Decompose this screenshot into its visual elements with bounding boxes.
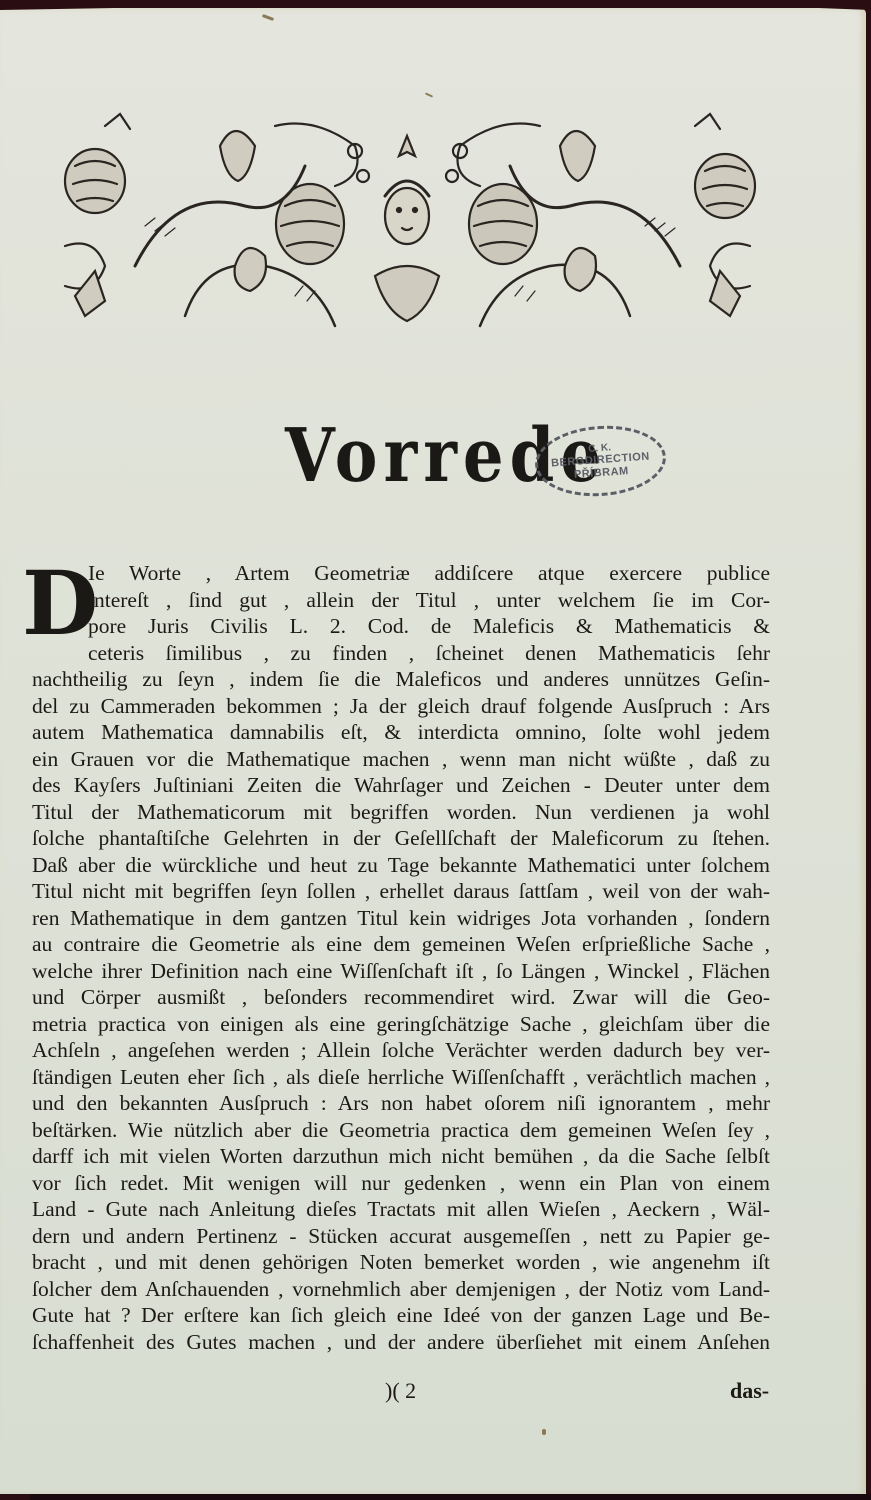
paper-speck — [262, 14, 274, 21]
text-line: ren Mathematique in dem gantzen Titul ke… — [32, 905, 770, 932]
text-line: beſtärken. Wie nützlich aber die Geometr… — [32, 1117, 770, 1144]
text-line: dern und andern Pertinenz - Stücken accu… — [32, 1223, 770, 1250]
page-bottom-edge-shadow — [30, 1494, 871, 1500]
text-line: ein Grauen vor die Mathematique machen ,… — [32, 746, 770, 773]
floral-ornament-icon — [45, 106, 770, 331]
preface-body-text: Ie Worte , Artem Geometriæ addiſcere atq… — [32, 560, 770, 1355]
text-line: darff ich mit vielen Worten darzuthun mi… — [32, 1143, 770, 1170]
page-footer: )( 2 das- — [0, 1378, 866, 1418]
text-line: nachtheilig zu ſeyn , indem ſie die Male… — [32, 666, 770, 693]
text-line: und den bekannten Ausſpruch : Ars non ha… — [32, 1090, 770, 1117]
text-line: Gute hat ? Der erſtere kan ſich gleich e… — [32, 1302, 770, 1329]
text-line: bracht , und mit denen gehörigen Noten b… — [32, 1249, 770, 1276]
text-line: ceteris ſimilibus , zu finden , ſcheinet… — [32, 640, 770, 667]
text-line: Achſeln , angeſehen werden ; Allein ſolc… — [32, 1037, 770, 1064]
text-line: intereſt , ſind gut , allein der Titul ,… — [32, 587, 770, 614]
paper-speck — [425, 92, 433, 97]
signature-mark: )( 2 — [385, 1378, 416, 1404]
text-line: Ie Worte , Artem Geometriæ addiſcere atq… — [32, 560, 770, 587]
text-line: au contraire die Geometrie als eine dem … — [32, 931, 770, 958]
text-line: ſtändigen Leuten eher ſich , als dieſe h… — [32, 1064, 770, 1091]
text-line: welche ihrer Definition nach eine Wiſſen… — [32, 958, 770, 985]
catchword: das- — [730, 1378, 769, 1404]
text-line: ſchaffenheit des Gutes machen , und der … — [32, 1329, 770, 1356]
text-line: Land - Gute nach Anleitung dieſes Tracta… — [32, 1196, 770, 1223]
text-line: des Kayſers Juſtiniani Zeiten die Wahrſa… — [32, 772, 770, 799]
paper-speck — [542, 1429, 546, 1435]
text-line: vor ſich redet. Mit wenigen will nur ged… — [32, 1170, 770, 1197]
book-page: Vorrede C. K. BERGDIRECTION PŘÍBRAM D Ie… — [0, 8, 866, 1494]
text-line: Titul nicht mit begriffen ſeyn ſollen , … — [32, 878, 770, 905]
text-line: metria practica von einigen als eine ger… — [32, 1011, 770, 1038]
text-line: autem Mathematica damnabilis eſt, & inte… — [32, 719, 770, 746]
woodcut-headpiece-ornament — [45, 106, 770, 331]
text-line: Titul der Mathematicorum mit begriffen w… — [32, 799, 770, 826]
text-line: Daß aber die würckliche und heut zu Tage… — [32, 852, 770, 879]
text-line: ſolche phantaſtiſche Gelehrten in der Ge… — [32, 825, 770, 852]
text-line: pore Juris Civilis L. 2. Cod. de Malefic… — [32, 613, 770, 640]
text-line: ſolcher dem Anſchauenden , vornehmlich a… — [32, 1276, 770, 1303]
text-line: und Cörper ausmißt , beſonders recommend… — [32, 984, 770, 1011]
text-line: del zu Cammeraden bekommen ; Ja der glei… — [32, 693, 770, 720]
stamp-line-3: PŘÍBRAM — [574, 465, 630, 481]
